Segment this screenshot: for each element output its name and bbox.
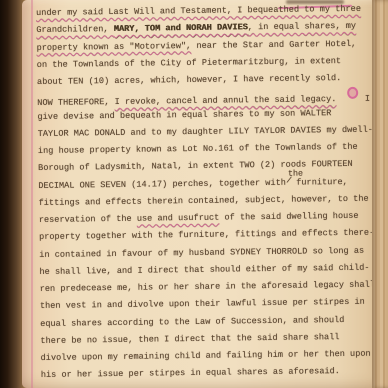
text-run: give devise and bequeath in equal shares… <box>37 108 331 122</box>
paper-page: under my said Last Will and Testament, I… <box>22 0 374 388</box>
text-run: DECIMAL ONE SEVEN (14.17) perches, toget… <box>38 177 286 190</box>
text-run: TAYLOR MAC DONALD and to my daughter LIL… <box>38 124 373 138</box>
underlined-text-run: under my said Last Will and Testament, I… <box>36 4 361 18</box>
text-run: I <box>360 94 370 104</box>
underlined-text-run: Grandchildren, <box>36 24 113 35</box>
text-run: Borough of Ladysmith, Natal, in extent T… <box>38 159 353 173</box>
text-run: fittings and effects therein contained, … <box>39 193 369 207</box>
text-run: of the said dwelling house <box>219 211 358 223</box>
page-edge-right <box>372 0 388 388</box>
text-run: then vest in and divolve upon their lawf… <box>40 297 365 311</box>
document-photo: under my said Last Will and Testament, I… <box>0 0 388 388</box>
text-run: there be no issue, then I direct that th… <box>40 332 339 346</box>
underlined-text-run: , in equal shares, my <box>248 21 356 32</box>
text-run <box>336 94 346 104</box>
circled-annotation-mark <box>348 87 359 99</box>
document-text: under my said Last Will and Testament, I… <box>36 1 377 385</box>
underlined-text-run: MARY, TOM and NORAH DAVIES <box>114 22 248 34</box>
text-run: he shall live, and I direct that should … <box>39 262 369 276</box>
text-run: reservation of the <box>39 214 137 225</box>
text-run: divolve upon my remaining child and fail… <box>41 349 371 363</box>
text-run: his or her issue per stirpes in equal sh… <box>41 366 340 380</box>
underlined-text-run: property known as "Motorview", <box>36 40 191 52</box>
document-line: his or her issue per stirpes in equal sh… <box>41 363 377 385</box>
margin-rule-line <box>31 0 33 388</box>
underlined-text-run: use and usufruct <box>137 213 220 224</box>
text-run: about TEN (10) acres, which, however, I … <box>37 73 341 87</box>
text-run: ing house property known as Lot No.161 o… <box>38 142 358 156</box>
text-run: in contained in favour of my husband SYD… <box>39 245 364 259</box>
text-run: near the Star and Garter Hotel, <box>191 38 356 50</box>
text-run: NOW THEREFORE, <box>37 97 114 108</box>
text-run: property together with the furniture, fi… <box>39 228 374 242</box>
text-run: equal shares according to the Law of Suc… <box>40 314 344 328</box>
text-run: ren predecease me, his or her share in t… <box>40 280 375 294</box>
text-run: on the Townlands of the City of Pieterma… <box>37 56 341 70</box>
